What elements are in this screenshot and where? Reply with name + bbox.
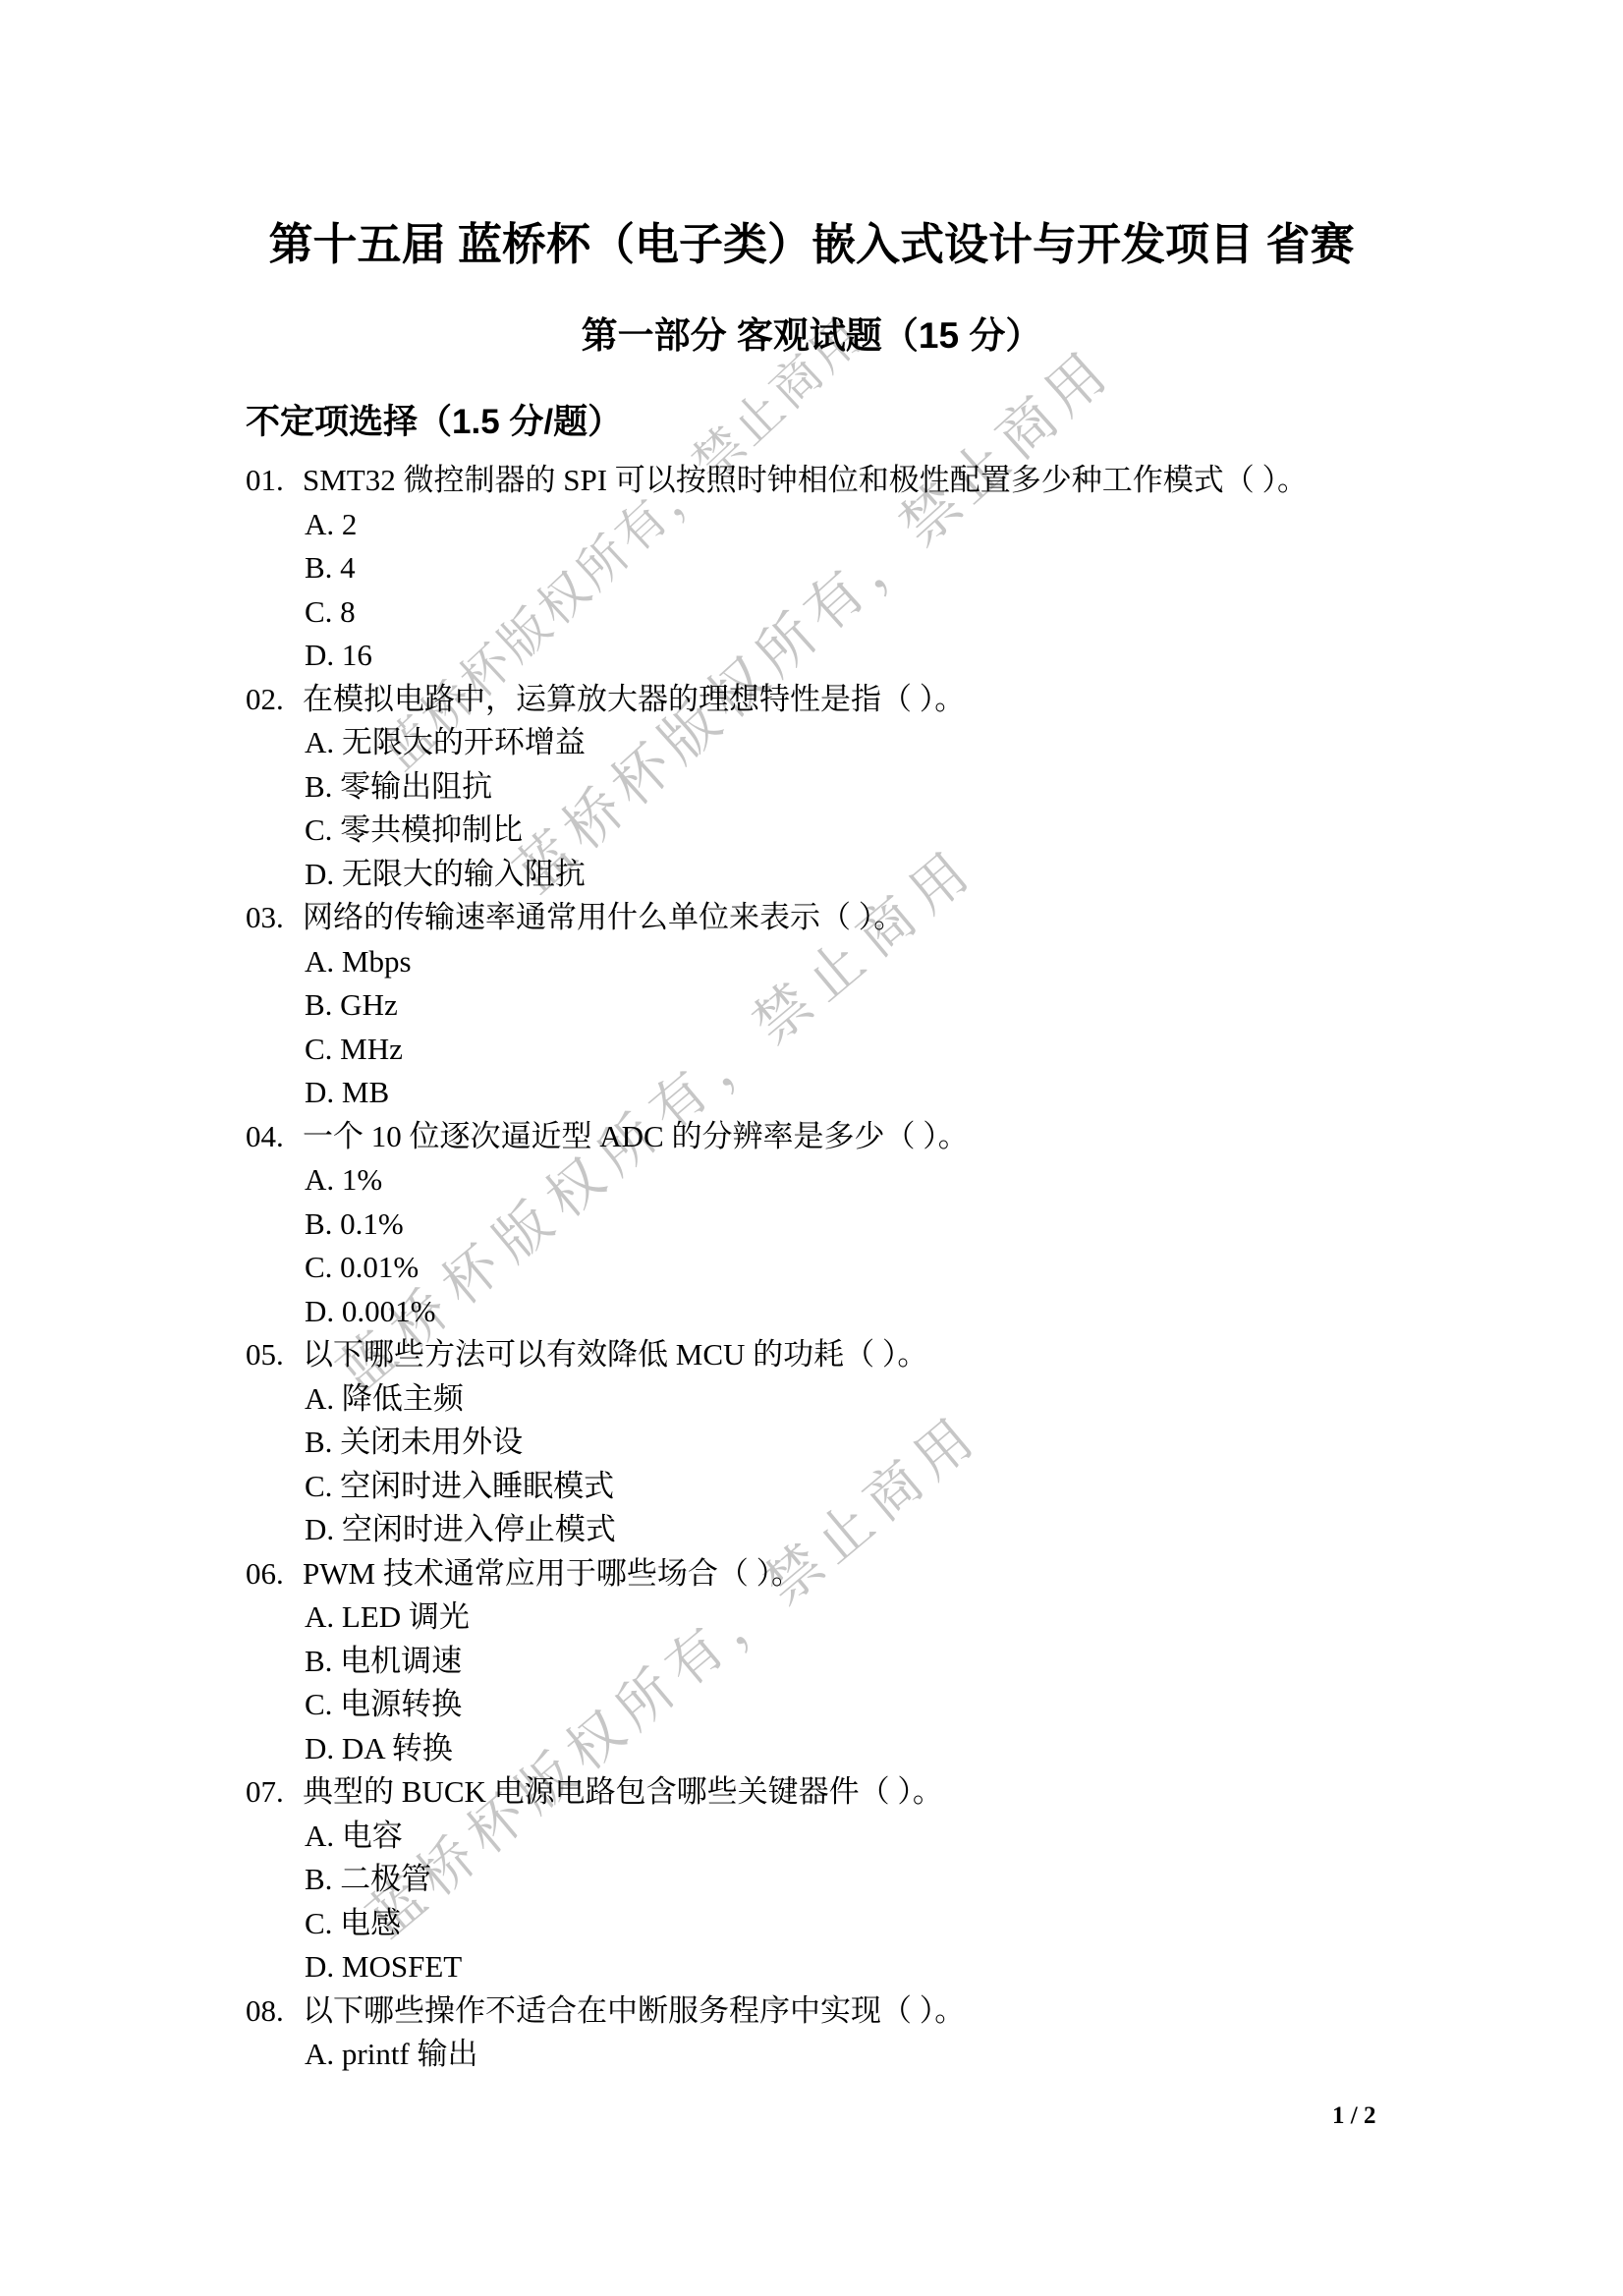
question-list: 01.SMT32 微控制器的 SPI 可以按照时钟相位和极性配置多少种工作模式（…	[0, 459, 1623, 2077]
option-row: A. 降低主频	[0, 1377, 1623, 1422]
question-row: 03.网络的传输速率通常用什么单位来表示（ ）。	[0, 896, 1623, 940]
question-number: 06.	[246, 1552, 303, 1596]
option-row: C. 电感	[0, 1902, 1623, 1946]
option-row: A. 无限大的开环增益	[0, 721, 1623, 765]
question-number: 07.	[246, 1770, 303, 1815]
option-row: D. MOSFET	[0, 1945, 1623, 1989]
question-text: 网络的传输速率通常用什么单位来表示（ ）。	[303, 900, 904, 934]
question-row: 04.一个 10 位逐次逼近型 ADC 的分辨率是多少（ ）。	[0, 1115, 1623, 1159]
option-row: B. 零输出阻抗	[0, 765, 1623, 810]
option-row: D. 0.001%	[0, 1290, 1623, 1334]
question-row: 01.SMT32 微控制器的 SPI 可以按照时钟相位和极性配置多少种工作模式（…	[0, 459, 1623, 503]
page-number: 1 / 2	[1332, 2102, 1375, 2130]
option-row: C. 0.01%	[0, 1246, 1623, 1290]
option-row: B. 电机调速	[0, 1640, 1623, 1684]
option-row: B. 二极管	[0, 1858, 1623, 1902]
question-text: PWM 技术通常应用于哪些场合（ ）。	[303, 1556, 802, 1591]
option-row: B. 4	[0, 546, 1623, 590]
option-row: A. printf 输出	[0, 2033, 1623, 2077]
option-row: C. 8	[0, 590, 1623, 635]
option-row: A. 1%	[0, 1158, 1623, 1203]
question-number: 03.	[246, 896, 303, 940]
exam-page: 蓝桥杯版权所有，禁止商用 蓝桥杯版权所有，禁止商用 蓝桥杯版权所有，禁止商用 蓝…	[0, 0, 1623, 2296]
option-row: C. MHz	[0, 1028, 1623, 1072]
option-row: C. 电源转换	[0, 1683, 1623, 1727]
question-number: 08.	[246, 1989, 303, 2034]
option-row: A. 电容	[0, 1815, 1623, 1859]
part-title: 第一部分 客观试题（15 分）	[0, 306, 1623, 359]
question-text: 在模拟电路中，运算放大器的理想特性是指（ ）。	[303, 682, 965, 716]
question-type-heading: 不定项选择（1.5 分/题）	[246, 395, 622, 444]
option-row: A. LED 调光	[0, 1596, 1623, 1640]
option-row: D. DA 转换	[0, 1727, 1623, 1771]
question-number: 02.	[246, 678, 303, 722]
document-content: 第十五届 蓝桥杯（电子类）嵌入式设计与开发项目 省赛 第一部分 客观试题（15 …	[0, 0, 1623, 2296]
question-row: 05.以下哪些方法可以有效降低 MCU 的功耗（ ）。	[0, 1333, 1623, 1377]
option-row: B. 关闭未用外设	[0, 1421, 1623, 1465]
question-number: 04.	[246, 1115, 303, 1159]
option-row: A. Mbps	[0, 940, 1623, 984]
question-text: 以下哪些方法可以有效降低 MCU 的功耗（ ）。	[303, 1337, 927, 1372]
question-text: 一个 10 位逐次逼近型 ADC 的分辨率是多少（ ）。	[303, 1119, 969, 1153]
question-text: 以下哪些操作不适合在中断服务程序中实现（ ）。	[303, 1993, 965, 2028]
question-row: 07.典型的 BUCK 电源电路包含哪些关键器件（ ）。	[0, 1770, 1623, 1815]
option-row: C. 空闲时进入睡眠模式	[0, 1465, 1623, 1509]
question-text: SMT32 微控制器的 SPI 可以按照时钟相位和极性配置多少种工作模式（ ）。	[303, 463, 1308, 497]
question-row: 02.在模拟电路中，运算放大器的理想特性是指（ ）。	[0, 678, 1623, 722]
option-row: D. 空闲时进入停止模式	[0, 1508, 1623, 1552]
question-number: 05.	[246, 1333, 303, 1377]
question-text: 典型的 BUCK 电源电路包含哪些关键器件（ ）。	[303, 1774, 943, 1809]
option-row: A. 2	[0, 503, 1623, 547]
option-row: D. 无限大的输入阻抗	[0, 853, 1623, 897]
question-number: 01.	[246, 459, 303, 503]
option-row: C. 零共模抑制比	[0, 809, 1623, 853]
option-row: B. 0.1%	[0, 1203, 1623, 1247]
option-row: D. 16	[0, 634, 1623, 678]
option-row: D. MB	[0, 1071, 1623, 1115]
option-row: B. GHz	[0, 983, 1623, 1028]
question-row: 06.PWM 技术通常应用于哪些场合（ ）。	[0, 1552, 1623, 1596]
page-title: 第十五届 蓝桥杯（电子类）嵌入式设计与开发项目 省赛	[0, 208, 1623, 272]
question-row: 08.以下哪些操作不适合在中断服务程序中实现（ ）。	[0, 1989, 1623, 2034]
